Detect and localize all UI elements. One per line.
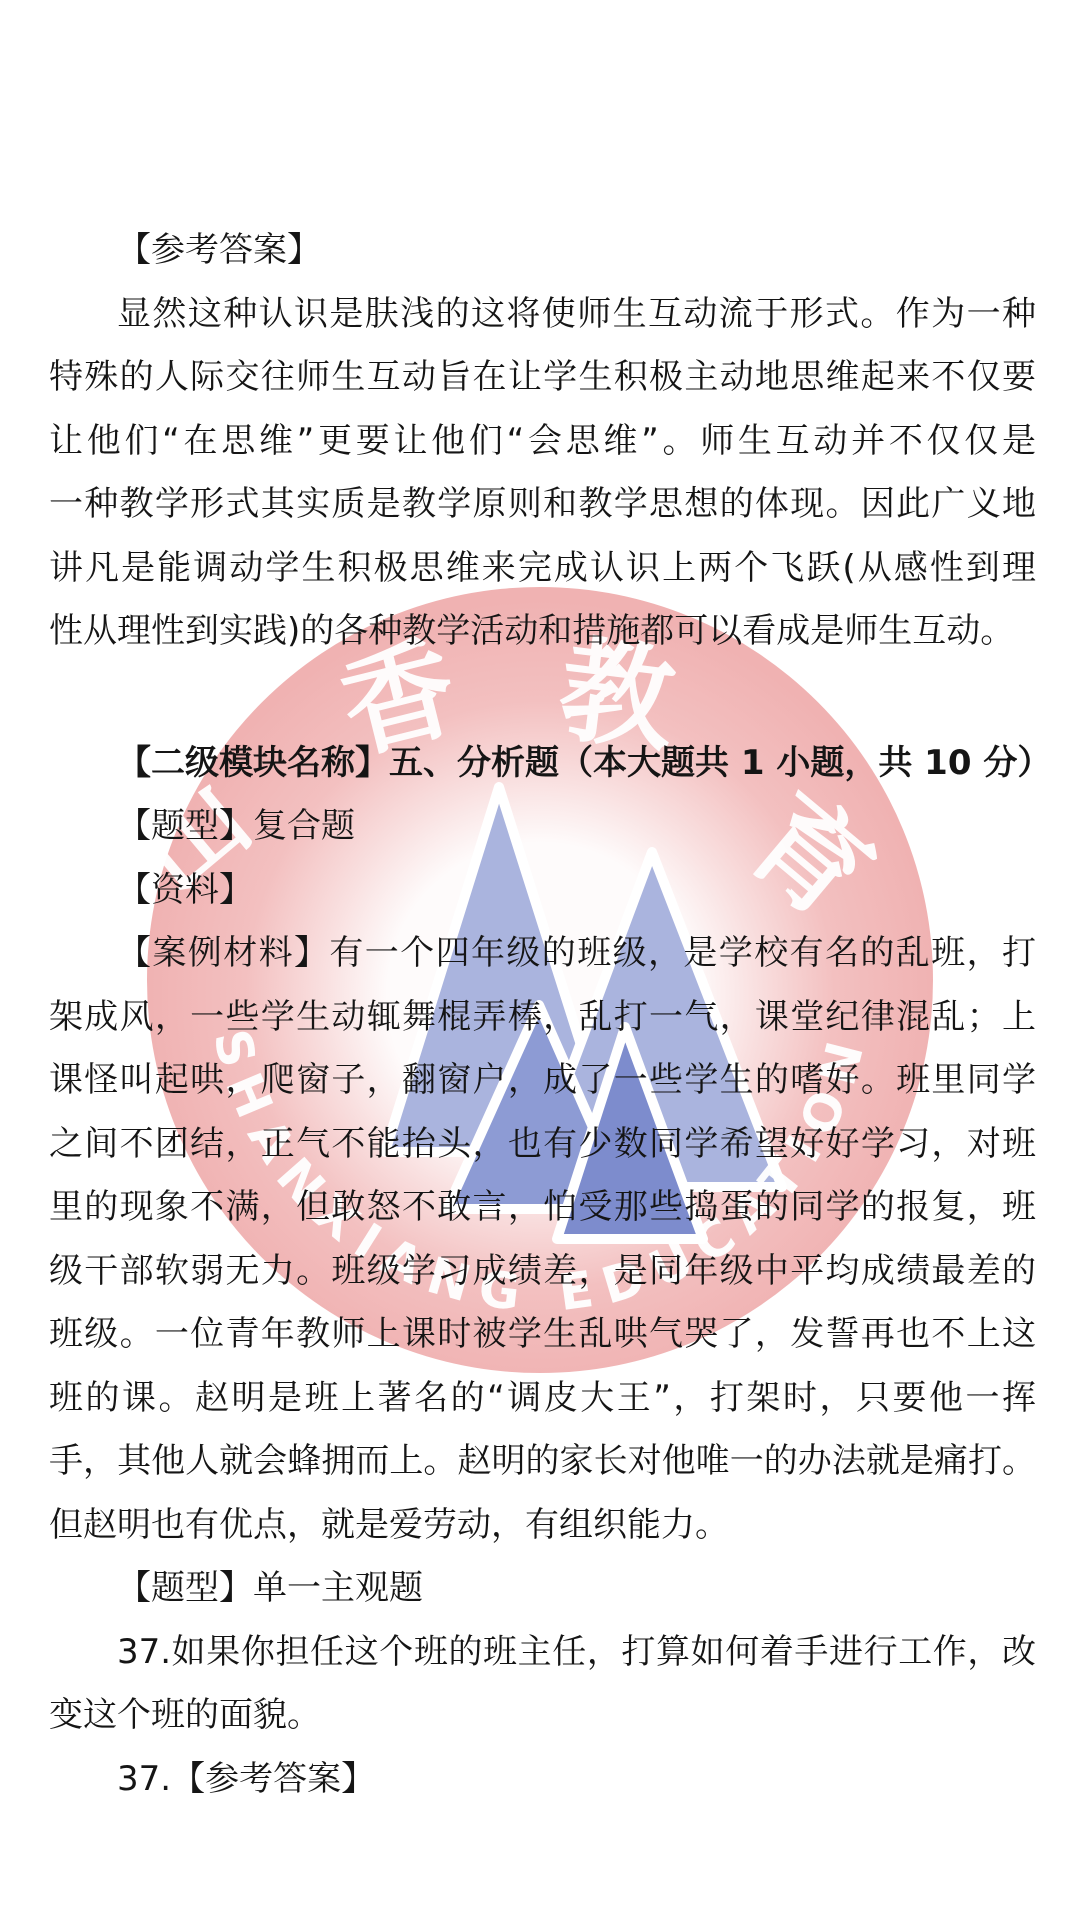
- text-line: 【参考答案】: [49, 219, 1036, 283]
- text-line: 【题型】单一主观题: [49, 1557, 1036, 1621]
- text-line: 班的课。赵明是班上著名的“调皮大王”，打架时，只要他一挥: [49, 1367, 1036, 1431]
- text-line: 架成风，一些学生动辄舞棍弄棒，乱打一气，课堂纪律混乱；上: [49, 986, 1036, 1050]
- text-line: 变这个班的面貌。: [49, 1684, 1036, 1748]
- text-line: 性从理性到实践)的各种教学活动和措施都可以看成是师生互动。: [49, 600, 1036, 664]
- text-line: 【案例材料】有一个四年级的班级，是学校有名的乱班，打: [49, 922, 1036, 986]
- text-line: 课怪叫起哄，爬窗子，翻窗户，成了一些学生的嗜好。班里同学: [49, 1049, 1036, 1113]
- text-line: 【资料】: [49, 859, 1036, 923]
- text-line: 但赵明也有优点，就是爱劳动，有组织能力。: [49, 1494, 1036, 1558]
- text-line: 37.【参考答案】: [49, 1748, 1036, 1812]
- document-page: SHANXIANG EDUCATION 山 香 教 育 【参考答案】显然这种认识…: [0, 0, 1080, 1927]
- text-line: 讲凡是能调动学生积极思维来完成认识上两个飞跃(从感性到理: [49, 537, 1036, 601]
- text-line: 级干部软弱无力。班级学习成绩差，是同年级中平均成绩最差的: [49, 1240, 1036, 1304]
- paragraph-spacer: [49, 664, 1036, 732]
- text-line: 特殊的人际交往师生互动旨在让学生积极主动地思维起来不仅要: [49, 346, 1036, 410]
- text-line: 让他们“在思维”更要让他们“会思维”。师生互动并不仅仅是: [49, 410, 1036, 474]
- text-line: 之间不团结，正气不能抬头，也有少数同学希望好好学习，对班: [49, 1113, 1036, 1177]
- text-line: 显然这种认识是肤浅的这将使师生互动流于形式。作为一种: [49, 283, 1036, 347]
- text-line: 37.如果你担任这个班的班主任，打算如何着手进行工作，改: [49, 1621, 1036, 1685]
- text-line: 【二级模块名称】五、分析题（本大题共 1 小题，共 10 分）: [49, 732, 1036, 796]
- text-line: 班级。一位青年教师上课时被学生乱哄气哭了，发誓再也不上这: [49, 1303, 1036, 1367]
- text-line: 【题型】复合题: [49, 795, 1036, 859]
- document-content: 【参考答案】显然这种认识是肤浅的这将使师生互动流于形式。作为一种特殊的人际交往师…: [0, 0, 1080, 1927]
- text-line: 手，其他人就会蜂拥而上。赵明的家长对他唯一的办法就是痛打。: [49, 1430, 1036, 1494]
- text-line: 里的现象不满，但敢怒不敢言，怕受那些捣蛋的同学的报复，班: [49, 1176, 1036, 1240]
- text-line: 一种教学形式其实质是教学原则和教学思想的体现。因此广义地: [49, 473, 1036, 537]
